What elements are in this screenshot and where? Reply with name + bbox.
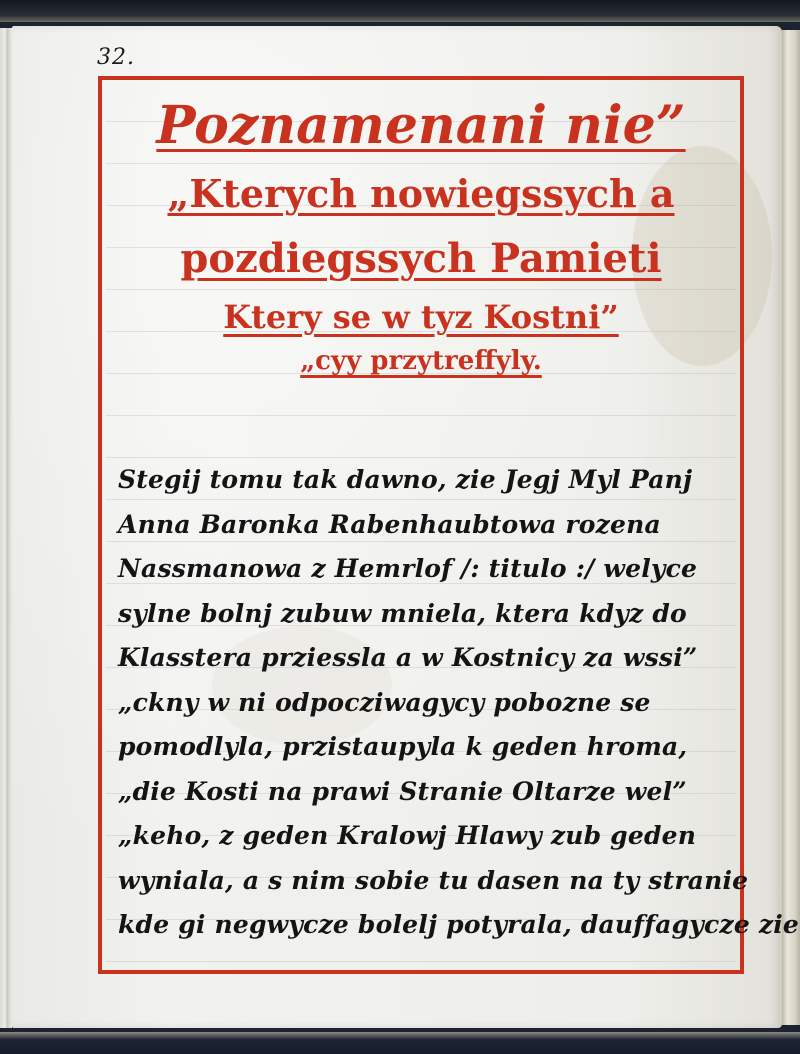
body-line: Anna Baronka Rabenhaubtowa rozena: [118, 503, 730, 548]
title-line-3: pozdiegssych Pamieti: [102, 226, 740, 292]
title-line-2: „Kterych nowiegssych a: [102, 162, 740, 226]
rubric-border-frame: Poznamenani nie” „Kterych nowiegssych a …: [98, 76, 744, 974]
body-line: Klasstera prziessla a w Kostnicy za wssi…: [118, 636, 730, 681]
page-number: 32.: [97, 45, 135, 70]
body-line: Stegij tomu tak dawno, zie Jegj Myl Panj: [118, 458, 730, 503]
title-line-1: Poznamenani nie”: [102, 90, 740, 162]
book-binding-top: [0, 0, 800, 22]
page-stack-right: [782, 30, 800, 1025]
book-binding-bottom: [0, 1032, 800, 1054]
title-line-4: Ktery se w tyz Kostni”: [102, 292, 740, 342]
page-stack-left: [0, 28, 12, 1028]
body-line: Nassmanowa z Hemrlof /: titulo :/ welyce: [118, 547, 730, 592]
body-line: „die Kosti na prawi Stranie Oltarze wel”: [118, 770, 730, 815]
rubric-title: Poznamenani nie” „Kterych nowiegssych a …: [102, 90, 740, 380]
title-line-5: „cyy przytreffyly.: [102, 342, 740, 380]
body-line: „ckny w ni odpocziwagycy pobozne se: [118, 681, 730, 726]
body-line: „keho, z geden Kralowj Hlawy zub geden: [118, 814, 730, 859]
body-line: kde gi negwycze bolelj potyrala, dauffag…: [118, 903, 730, 948]
handwritten-body: Stegij tomu tak dawno, zie Jegj Myl Panj…: [118, 458, 730, 948]
body-line: pomodlyla, przistaupyla k geden hroma,: [118, 725, 730, 770]
body-line: wyniala, a s nim sobie tu dasen na ty st…: [118, 859, 730, 904]
body-line: sylne bolnj zubuw mniela, ktera kdyz do: [118, 592, 730, 637]
